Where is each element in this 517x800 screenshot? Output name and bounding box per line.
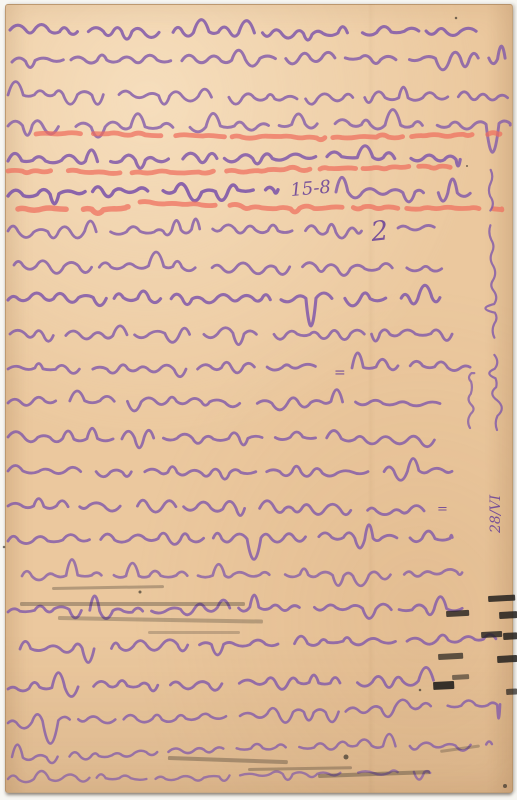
- legible-token-text: 2: [368, 215, 389, 248]
- ink-speck: [3, 546, 6, 549]
- margin-note-layer: 28/VI: [468, 170, 504, 534]
- cancellation-smudge: [168, 756, 288, 764]
- margin-date-text: 28/VI: [488, 494, 504, 534]
- cancellation-bar: [446, 610, 469, 617]
- cancellation-smudge: [58, 616, 263, 624]
- scan-surface: { "description": "Scanned handwritten po…: [0, 0, 517, 800]
- handwriting-layer-stroke: [10, 326, 452, 345]
- red-underline-layer-stroke: [140, 202, 502, 212]
- handwriting-layer-stroke: [10, 20, 476, 40]
- handwriting-layer-stroke: [22, 559, 462, 585]
- cancellation-bar: [452, 674, 469, 680]
- ink-speck: [419, 689, 422, 692]
- margin-note-squiggle: [468, 373, 474, 428]
- postcard-art: 28/VI15-82==: [0, 0, 517, 800]
- handwriting-layer-stroke: [20, 634, 496, 662]
- cancellation-smudge: [148, 631, 240, 634]
- handwriting-layer-stroke: [8, 219, 362, 238]
- handwriting-layer-stroke: [8, 700, 500, 744]
- cancellation-bar: [499, 611, 517, 619]
- cancellation-bar: [481, 631, 502, 638]
- cancellation-bar: [506, 688, 517, 695]
- handwriting-layer-stroke: [8, 525, 452, 560]
- handwriting-layer-stroke: [8, 362, 315, 376]
- red-underline-layer-stroke: [36, 133, 500, 140]
- red-underline-layer-stroke: [18, 207, 128, 213]
- handwriting-layer-stroke: [8, 595, 462, 619]
- cancellation-bar: [433, 681, 454, 690]
- margin-note-stroke: [468, 373, 474, 428]
- handwriting-layer-stroke: [12, 46, 505, 70]
- handwriting-layer-stroke: [8, 458, 452, 480]
- handwriting-layer-stroke: [8, 499, 424, 516]
- cancellation-bar: [503, 632, 517, 640]
- cancellation-smudge: [318, 770, 430, 778]
- handwriting-layer-stroke: [398, 225, 450, 230]
- cancellation-bar: [488, 595, 515, 602]
- cancellation-smudge: [52, 585, 164, 590]
- legible-token-text: =: [437, 502, 448, 517]
- red-underline-layer: [8, 133, 502, 214]
- cancellation-bar: [497, 655, 517, 663]
- legible-token-text: =: [334, 365, 346, 381]
- handwriting-layer-stroke: [8, 428, 434, 448]
- handwriting-layer-stroke: [352, 353, 470, 371]
- ink-speck: [344, 755, 349, 760]
- handwriting-layer-stroke: [8, 390, 440, 411]
- cancellation-bar: [438, 653, 463, 660]
- legible-token-text: 15-8: [290, 177, 332, 201]
- cancellation-smudge: [20, 602, 245, 606]
- handwriting-layer-stroke: [8, 82, 508, 105]
- ink-speck: [455, 17, 458, 20]
- ink-speck: [503, 784, 507, 788]
- ink-speck: [139, 591, 142, 594]
- handwriting-layer-stroke: [12, 734, 492, 763]
- handwriting-layer-stroke: [336, 177, 470, 202]
- ink-speck: [466, 165, 468, 167]
- handwriting-layer-stroke: [8, 667, 450, 696]
- handwriting-layer-stroke: [8, 285, 440, 326]
- cancellation-smudge: [248, 766, 352, 771]
- handwriting-layer-stroke: [8, 110, 510, 153]
- red-underline-layer-stroke: [8, 166, 450, 173]
- handwriting-layer-stroke: [14, 252, 442, 275]
